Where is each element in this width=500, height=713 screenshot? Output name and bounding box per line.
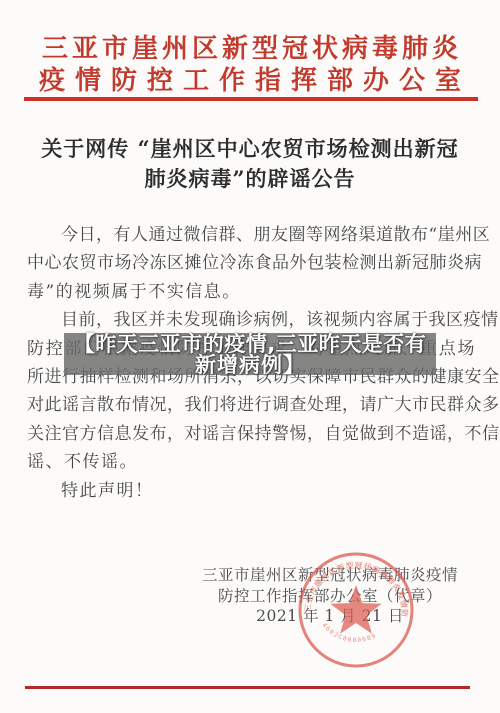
caption-line1: 【昨天三亚市的疫情,三亚昨天是否有: [64, 334, 436, 355]
body-line: 关注官方信息发布，对谣言保持警惕，自觉做到不造谣，不信: [27, 420, 475, 448]
document-title: 关于网传 “崖州区中心农贸市场检测出新冠 肺炎病毒”的辟谣公告: [0, 134, 500, 194]
letterhead-line2: 疫情防控工作指挥部办公室: [0, 65, 500, 97]
signature-date: 2021 年 1 月 21 日: [182, 606, 478, 627]
body-line: 目前，我区并未发现确诊病例，该视频内容属于我区疫情: [27, 306, 475, 334]
body-line: 中心农贸市场冷冻区摊位冷冻食品外包装检测出新冠肺炎病: [27, 249, 475, 277]
announcement-document: 三亚市崖州区新型冠状病毒肺炎 疫情防控工作指挥部办公室 关于网传 “崖州区中心农…: [0, 0, 500, 713]
caption-line2: 新增病例】: [64, 355, 436, 375]
signature-org-line1: 三亚市崖州区新型冠状病毒肺炎疫情: [182, 565, 478, 586]
footer-divider: [25, 686, 470, 689]
closing-statement: 特此声明！: [27, 477, 475, 505]
document-title-line2: 肺炎病毒”的辟谣公告: [0, 164, 500, 194]
signature-org-line2: 防控工作指挥部办公室（代章）: [182, 586, 478, 607]
body-line: 毒”的视频属于不实信息。: [27, 278, 475, 306]
letterhead-line1: 三亚市崖州区新型冠状病毒肺炎: [0, 34, 500, 65]
header-divider: [24, 97, 478, 101]
letterhead: 三亚市崖州区新型冠状病毒肺炎 疫情防控工作指挥部办公室: [0, 34, 500, 97]
body-line: 谣、不传谣。: [27, 448, 475, 476]
caption-overlay: 【昨天三亚市的疫情,三亚昨天是否有 新增病例】: [64, 333, 436, 375]
document-title-line1: 关于网传 “崖州区中心农贸市场检测出新冠: [0, 134, 500, 164]
body-line: 对此谣言散布情况，我们将进行调查处理，请广大市民群众多: [27, 391, 475, 419]
signature-block: 三亚市崖州区新型冠状病毒肺炎疫情 防控工作指挥部办公室（代章） 2021 年 1…: [182, 565, 478, 627]
body-line: 今日，有人通过微信群、朋友圈等网络渠道散布“崖州区: [27, 221, 475, 249]
